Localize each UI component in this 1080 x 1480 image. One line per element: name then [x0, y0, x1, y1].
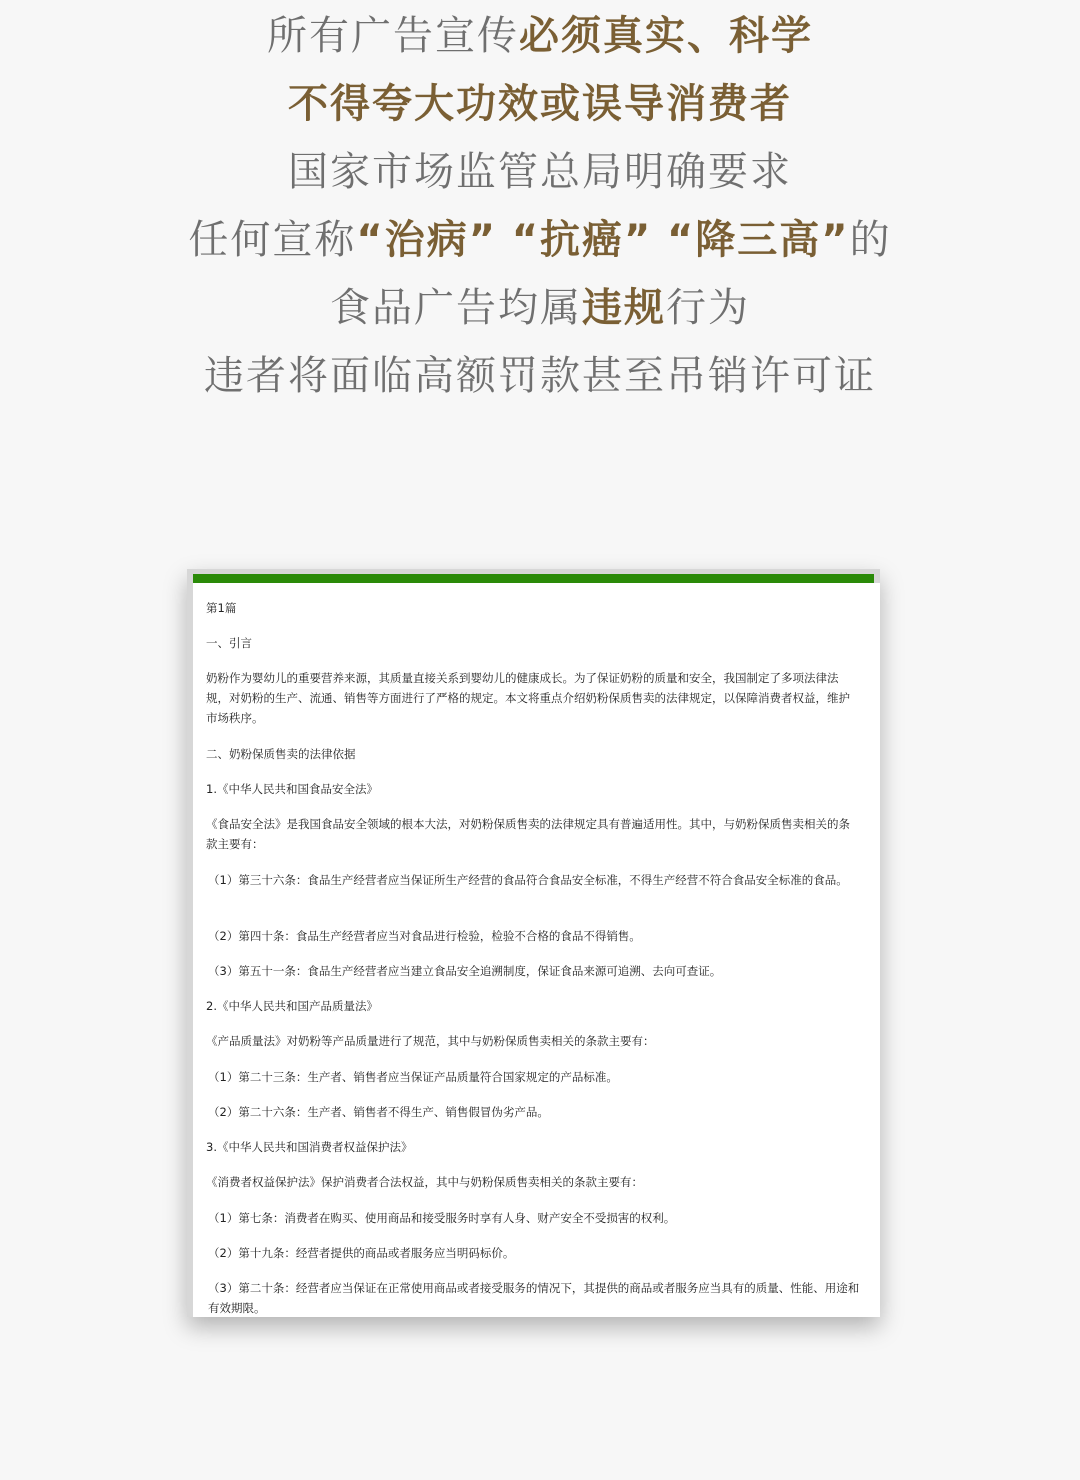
- headline-line-1: 所有广告宣传必须真实、科学: [0, 12, 1080, 60]
- law-heading: 2.《中华人民共和国产品质量法》: [206, 996, 861, 1016]
- headline-text: 任何宣称: [188, 217, 356, 263]
- headline-text: 违者将面临高额罚款甚至吊销许可证: [204, 353, 876, 399]
- paragraph: 奶粉作为婴幼儿的重要营养来源，其质量直接关系到婴幼儿的健康成长。为了保证奶粉的质…: [206, 668, 861, 728]
- headline-line-2: 不得夸大功效或误导消费者: [0, 80, 1080, 128]
- clause: （1）第七条：消费者在购买、使用商品和接受服务时享有人身、财产安全不受损害的权利…: [208, 1208, 863, 1228]
- paragraph: 《食品安全法》是我国食品安全领域的根本大法，对奶粉保质售卖的法律规定具有普遍适用…: [206, 814, 861, 854]
- headline-term-lower-three-highs: “降三高”: [667, 217, 850, 263]
- clause: （3）第二十条：经营者应当保证在正常使用商品或者接受服务的情况下，其提供的商品或…: [208, 1278, 863, 1317]
- headline-text: 国家市场监管总局明确要求: [288, 149, 792, 195]
- headline-line-6: 违者将面临高额罚款甚至吊销许可证: [0, 352, 1080, 400]
- document-screenshot: 第1篇 一、引言 奶粉作为婴幼儿的重要营养来源，其质量直接关系到婴幼儿的健康成长…: [187, 569, 880, 1317]
- document-title: 第1篇: [206, 598, 861, 618]
- headline-line-3: 国家市场监管总局明确要求: [0, 148, 1080, 196]
- headline-text: 食品广告均属: [330, 285, 582, 331]
- clause: （2）第十九条：经营者提供的商品或者服务应当明码标价。: [208, 1243, 863, 1263]
- headline-text: 所有广告宣传: [267, 13, 519, 59]
- paragraph: 《产品质量法》对奶粉等产品质量进行了规范，其中与奶粉保质售卖相关的条款主要有：: [206, 1031, 861, 1051]
- section-heading: 二、奶粉保质售卖的法律依据: [206, 744, 861, 764]
- law-heading: 1.《中华人民共和国食品安全法》: [206, 779, 861, 799]
- headline-emphasis: 必须真实、科学: [519, 13, 813, 59]
- headline-line-4: 任何宣称“治病” “抗癌” “降三高”的: [0, 216, 1080, 264]
- clause: （2）第二十六条：生产者、销售者不得生产、销售假冒伪劣产品。: [208, 1102, 863, 1122]
- document-header-bar: [193, 574, 874, 583]
- headline-text: 行为: [666, 285, 750, 331]
- clause: （1）第三十六条：食品生产经营者应当保证所生产经营的食品符合食品安全标准，不得生…: [208, 870, 863, 890]
- clause: （2）第四十条：食品生产经营者应当对食品进行检验，检验不合格的食品不得销售。: [208, 926, 863, 946]
- clause: （3）第五十一条：食品生产经营者应当建立食品安全追溯制度，保证食品来源可追溯、去…: [208, 961, 863, 981]
- clause: （1）第二十三条：生产者、销售者应当保证产品质量符合国家规定的产品标准。: [208, 1067, 863, 1087]
- document-page: 第1篇 一、引言 奶粉作为婴幼儿的重要营养来源，其质量直接关系到婴幼儿的健康成长…: [193, 583, 880, 1317]
- section-heading: 一、引言: [206, 633, 861, 653]
- headline-term-anticancer: “抗癌”: [512, 217, 653, 263]
- headline-emphasis: 违规: [582, 285, 666, 331]
- paragraph: 《消费者权益保护法》保护消费者合法权益，其中与奶粉保质售卖相关的条款主要有：: [206, 1172, 861, 1192]
- headline-text: 的: [850, 217, 892, 263]
- headline-line-5: 食品广告均属违规行为: [0, 284, 1080, 332]
- law-heading: 3.《中华人民共和国消费者权益保护法》: [206, 1137, 861, 1157]
- headline-emphasis: 不得夸大功效或误导消费者: [288, 81, 792, 127]
- headline-term-cure: “治病”: [356, 217, 497, 263]
